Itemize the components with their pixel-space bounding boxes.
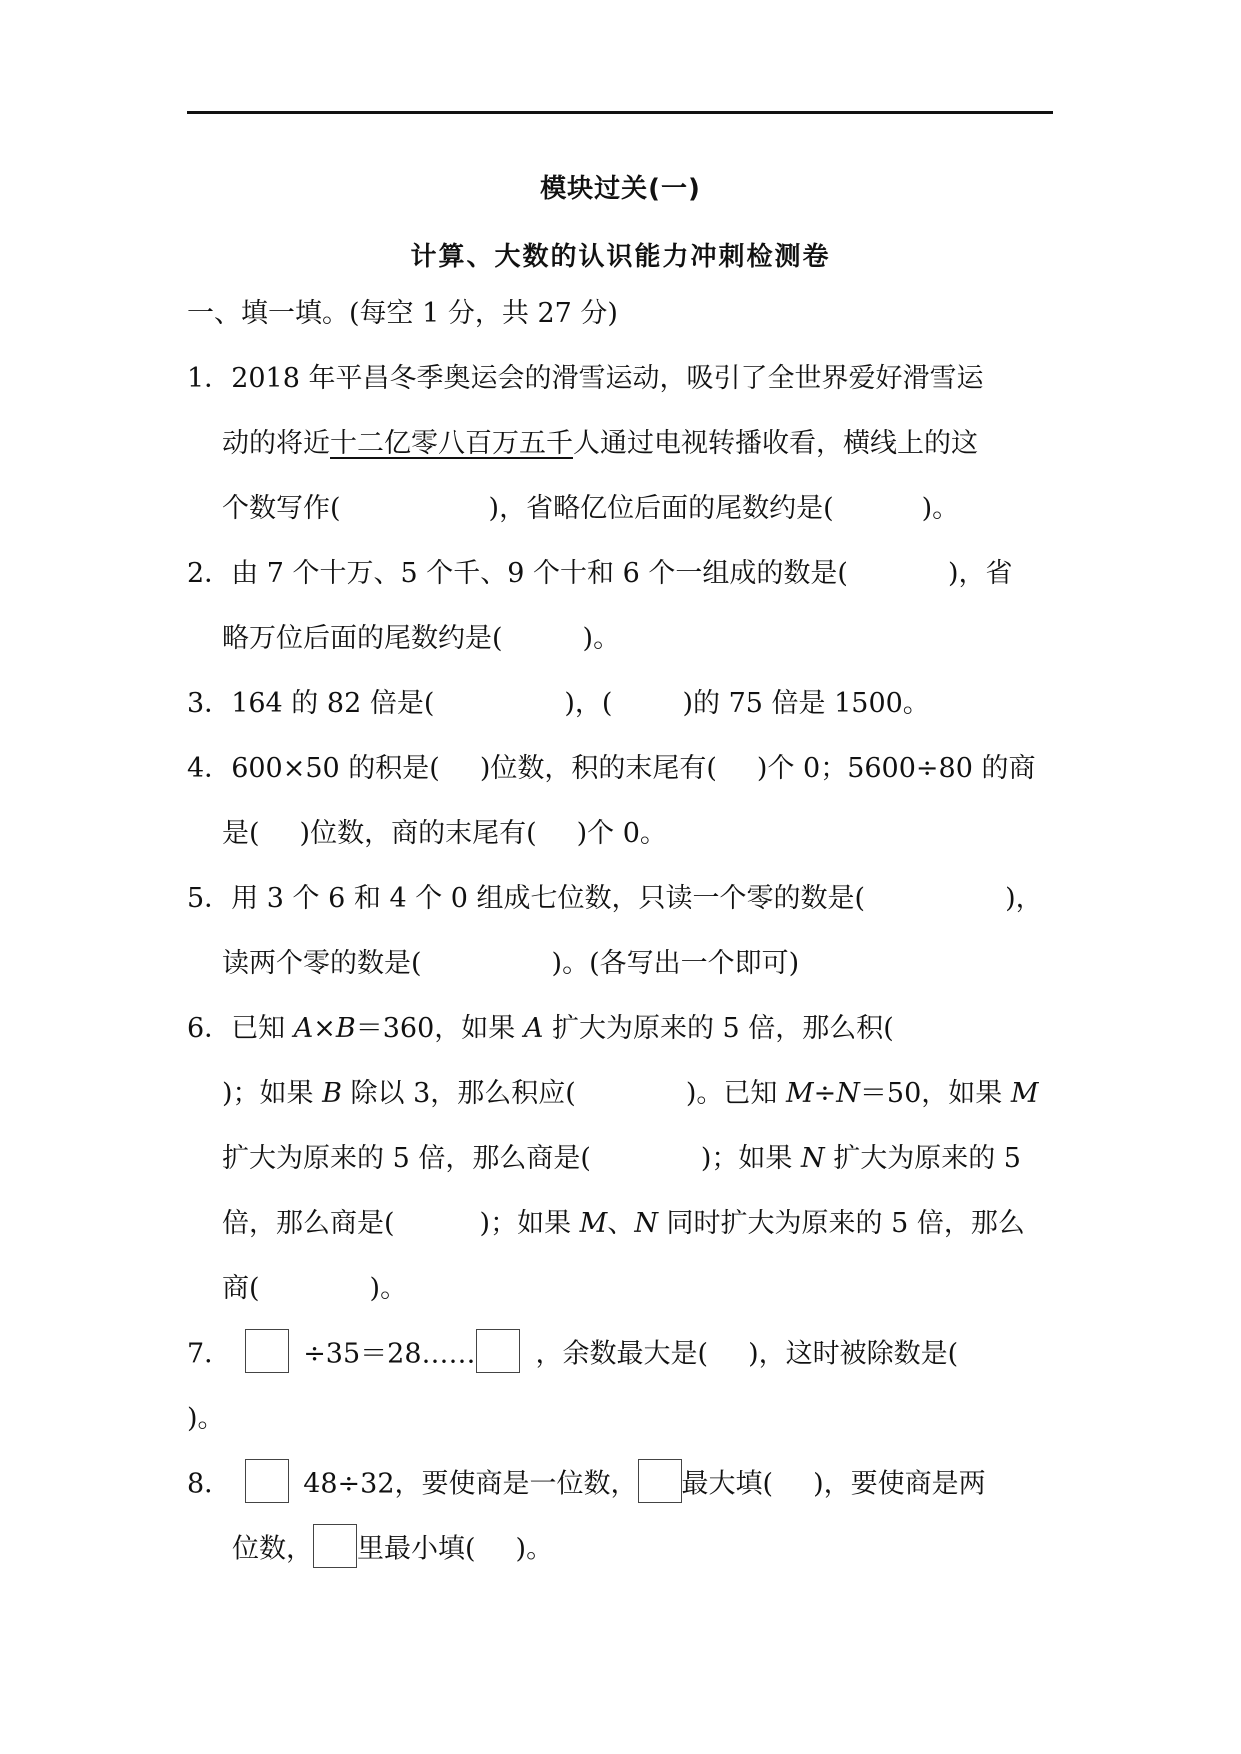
answer-box[interactable] [638, 1459, 682, 1503]
underlined-number-words: 十二亿零八百万五千 [330, 428, 573, 459]
question-5-line-1: 5．用 3 个 6 和 4 个 0 组成七位数，只读一个零的数是()， [187, 882, 1043, 916]
answer-box[interactable] [313, 1524, 357, 1568]
question-5-line-2: 读两个零的数是()。(各写出一个即可) [222, 947, 799, 981]
section-heading: 一、填一填。(每空 1 分，共 27 分) [187, 297, 618, 331]
question-1-line-3: 个数写作()，省略亿位后面的尾数约是()。 [222, 492, 959, 526]
question-6-line-1: 6．已知 A×B＝360，如果 A 扩大为原来的 5 倍，那么积( [187, 1012, 894, 1046]
question-8-line-1: 8．48÷32，要使商是一位数，最大填()，要使商是两 [187, 1467, 986, 1503]
question-7-line-2: )。 [187, 1402, 225, 1436]
question-4-line-1: 4．600×50 的积是()位数，积的末尾有()个 0；5600÷80 的商 [187, 752, 1035, 786]
question-7-line-1: 7．÷35＝28……，余数最大是()，这时被除数是( [187, 1337, 958, 1373]
question-6-line-2: )；如果 B 除以 3，那么积应()。已知 M÷N＝50，如果 M [222, 1077, 1039, 1111]
question-number: 2． [187, 558, 231, 589]
question-1-line-1: 1．2018 年平昌冬季奥运会的滑雪运动，吸引了全世界爱好滑雪运 [187, 362, 983, 396]
page-title: 模块过关(一) [0, 168, 1241, 205]
question-number: 8． [187, 1469, 231, 1500]
question-number: 4． [187, 753, 231, 784]
answer-box[interactable] [245, 1459, 289, 1503]
question-number: 5． [187, 883, 231, 914]
question-number: 3． [187, 688, 231, 719]
question-1-line-2: 动的将近十二亿零八百万五千人通过电视转播收看，横线上的这 [222, 427, 978, 461]
question-6-line-4: 倍，那么商是()；如果 M、N 同时扩大为原来的 5 倍，那么 [222, 1207, 1025, 1241]
question-4-line-2: 是()位数，商的末尾有()个 0。 [222, 817, 667, 851]
answer-box[interactable] [476, 1329, 520, 1373]
question-number: 6． [187, 1013, 231, 1044]
question-2-line-1: 2．由 7 个十万、5 个千、9 个十和 6 个一组成的数是()，省 [187, 557, 1012, 591]
header-rule [187, 111, 1053, 114]
answer-box[interactable] [245, 1329, 289, 1373]
question-6-line-3: 扩大为原来的 5 倍，那么商是()；如果 N 扩大为原来的 5 [222, 1142, 1021, 1176]
question-8-line-2: 位数，里最小填()。 [232, 1532, 553, 1568]
question-number: 1． [187, 363, 231, 394]
page-subtitle: 计算、大数的认识能力冲刺检测卷 [0, 236, 1241, 273]
question-2-line-2: 略万位后面的尾数约是()。 [222, 622, 620, 656]
question-3: 3．164 的 82 倍是()，()的 75 倍是 1500。 [187, 687, 930, 721]
question-number: 7． [187, 1339, 231, 1370]
question-6-line-5: 商()。 [222, 1272, 407, 1306]
